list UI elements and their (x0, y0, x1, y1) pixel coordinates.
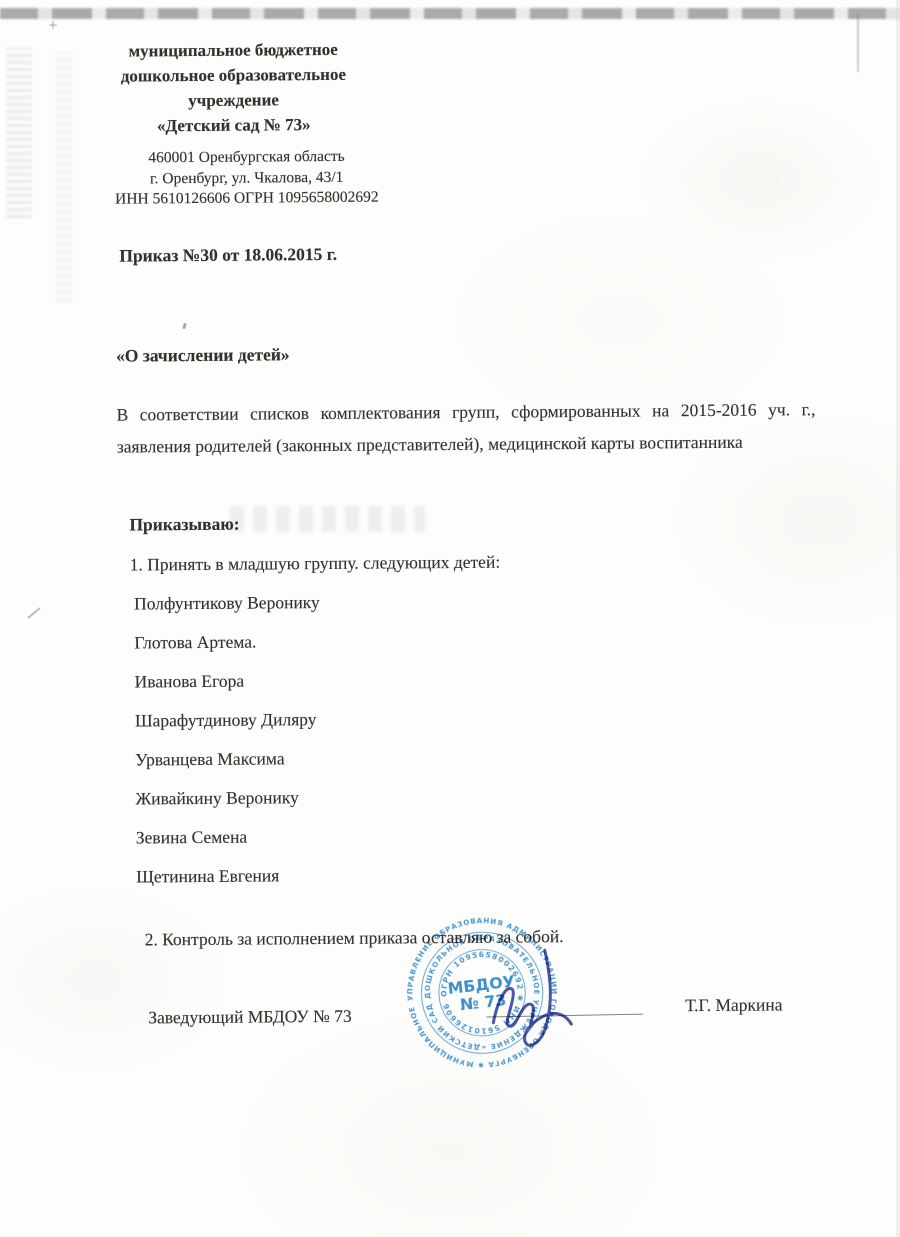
order-subject: «О зачислении детей» (116, 344, 290, 366)
org-header-line: дошкольное образовательное (56, 61, 411, 89)
org-header-line: «Детский сад № 73» (56, 111, 411, 139)
child-name-item: Шарафутдинову Диляру (135, 709, 321, 728)
child-name-item: Глотова Артема. (134, 631, 320, 650)
org-address-line: ИНН 5610126606 ОГРН 1095658002692 (57, 187, 437, 210)
signer-name: Т.Г. Маркина (685, 994, 782, 1015)
org-header-line: учреждение (56, 86, 411, 114)
org-header-block: муниципальное бюджетное дошкольное образ… (56, 36, 412, 139)
org-address-block: 460001 Оренбургская область г. Оренбург,… (56, 146, 436, 210)
signature-stroke-1 (493, 988, 533, 1026)
preamble-line-1: В соответствии списков комплектования гр… (116, 399, 815, 425)
signature-scribble (481, 944, 586, 1060)
child-name-item: Полфунтикову Веронику (134, 592, 320, 611)
child-name-item: Зевина Семена (136, 826, 322, 845)
child-name-item: Урванцева Максима (135, 748, 321, 767)
child-name-item: Щетинина Евгения (136, 865, 322, 884)
order-preamble: В соответствии списков комплектования гр… (116, 399, 815, 457)
order-title: Приказ №30 от 18.06.2015 г. (119, 244, 337, 266)
signoff-position-title: Заведующий МБДОУ № 73 (148, 1006, 352, 1028)
signature-stroke-2 (524, 950, 572, 1045)
order-item-1: 1. Принять в младшую группу. следующих д… (130, 552, 501, 576)
child-name-item: Живайкину Веронику (135, 787, 321, 806)
child-name-item: Иванова Егора (135, 670, 321, 689)
children-list: Полфунтикову Веронику Глотова Артема. Ив… (134, 592, 322, 905)
scanned-document-page: + муниципальное бюджетное дошкольное обр… (0, 0, 900, 1237)
org-header-line: муниципальное бюджетное (56, 36, 411, 64)
decree-heading: Приказываю: (129, 514, 239, 536)
signature-scribble-svg (481, 944, 586, 1060)
preamble-line-2: заявления родителей (законных представит… (117, 431, 816, 457)
